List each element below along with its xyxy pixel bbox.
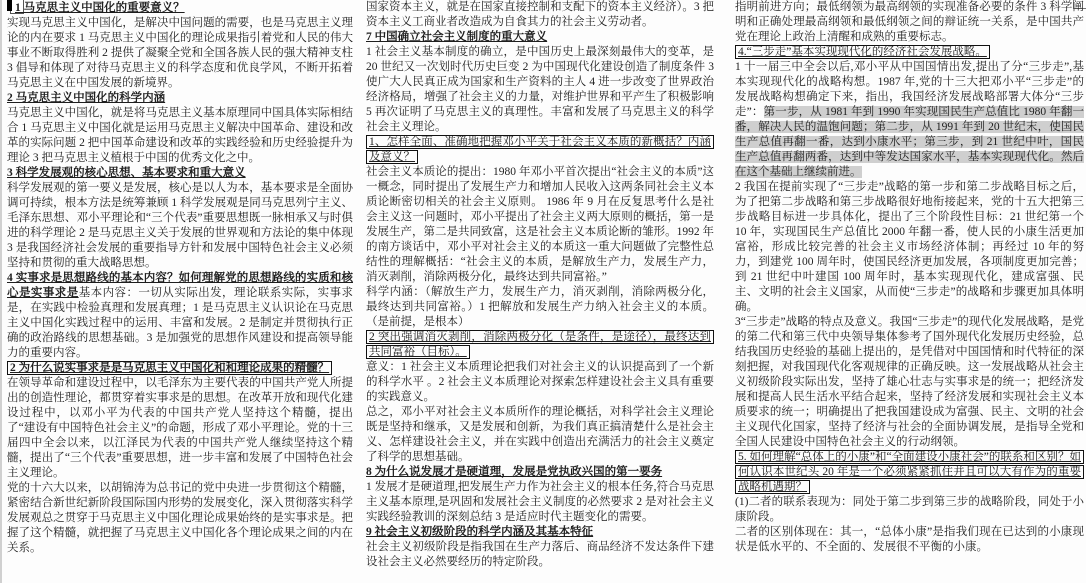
answer-paragraph-with-highlight: 1 十一届三中全会以后,邓小平从中国国情出发,提出了分“三步走”,基本实现现代化…: [735, 60, 1084, 180]
continuation-paragraph: 指明前进方向；最低纲领为最高纲领的实现准备必要的条件 3 科学阐明和正确处理最高…: [735, 0, 1084, 45]
question-heading: 8 为什么说发展才是硬道理，发展是党执政兴国的第一要务: [366, 465, 714, 480]
question-heading-with-runin: 4 实事求是思想路线的基本内容？如何理解党的思想路线的实质和核心是实事求是基本内…: [7, 271, 353, 361]
answer-paragraph: 科学发展观的第一要义是发展，核心是以人为本，基本要求是全面协调可持续，根本方法是…: [7, 181, 353, 271]
question-heading: 9 社会主义初级阶段的科学内涵及其基本特征: [366, 525, 714, 540]
column-2: 国家资本主义，就是在国家直接控制和支配下的资本主义经济）。3 把资本主义工商业者…: [366, 0, 714, 583]
answer-paragraph: 马克思主义中国化，就是将马克思主义基本原理同中国具体实际相结合 1 马克思主义中…: [7, 106, 353, 166]
answer-paragraph: 1 发展才是硬道理,把发展生产力作为社会主义的根本任务,符合马克思主义基本原理,…: [366, 480, 714, 525]
continuation-paragraph: 国家资本主义，就是在国家直接控制和支配下的资本主义经济）。3 把资本主义工商业者…: [366, 0, 714, 30]
boxed-point: 2 突出强调消灭剥削，消除两极分化（是条件，是途径），最终达到共同富裕（目标）。: [366, 330, 714, 360]
answer-paragraph: 实现马克思主义中国化，是解决中国问题的需要，也是马克思主义理论的内在要求 1 马…: [7, 16, 353, 91]
boxed-question-heading: 1、怎样全面、准确地把握邓小平关于社会主义本质的新概括？内涵及意义？: [366, 135, 714, 165]
column-1: 1 马克思主义中国化的重要意义？实现马克思主义中国化，是解决中国问题的需要，也是…: [7, 0, 353, 583]
question-heading: 2 马克思主义中国化的科学内涵: [7, 91, 353, 106]
answer-paragraph: 1 社会主义基本制度的确立，是中国历史上最深刻最伟大的变革，是 20 世纪又一次…: [366, 45, 714, 135]
scan-edge-shadow: [0, 0, 2, 583]
answer-paragraph: 3“三步走”战略的特点及意义。我国“三步走”的现代化发展战略，是党的第二代和第三…: [735, 315, 1084, 450]
column-3: 指明前进方向；最低纲领为最高纲领的实现准备必要的条件 3 科学阐明和正确处理最高…: [735, 0, 1084, 583]
question-heading: 3 科学发展观的核心思想、基本要求和重大意义: [7, 166, 353, 181]
answer-paragraph: 总之，邓小平对社会主义本质所作的理论概括，对科学社会主义理论既是坚持和继承，又是…: [366, 405, 714, 465]
question-heading: 7 中国确立社会主义制度的重大意义: [366, 30, 714, 45]
answer-paragraph-clipped: 二者的区别体现在：其一，“总体小康”是指我们现在已达到的小康现状是低水平的、不全…: [735, 525, 1084, 555]
question-heading: 1 马克思主义中国化的重要意义？: [7, 0, 353, 16]
answer-paragraph: 党的十六大以来，以胡锦涛为总书记的党中央进一步贯彻这个精髓，紧密结合新世纪新阶段…: [7, 481, 353, 556]
answer-paragraph: 科学内涵：（解放生产力，发展生产力，消灭剥削，消除两极分化，最终达到共同富裕。）…: [366, 285, 714, 330]
boxed-question-heading: 4.“三步走”基本实现现代化的经济社会发展战略。: [735, 45, 1084, 60]
cursor-bar-artifact: [7, 0, 12, 11]
answer-paragraph: (1)二者的联系表现为：同处于第二步到第三步的战略阶段，同处于小康阶段。: [735, 495, 1084, 525]
answer-paragraph-clipped: 社会主义初级阶段是指我国在生产力落后、商品经济不发达条件下建设社会主义必然要经历…: [366, 540, 714, 570]
answer-paragraph: 社会主义本质论的提出：1980 年邓小平首次提出“社会主义的本质”这一概念，同时…: [366, 165, 714, 285]
boxed-question-heading: 5. 如何理解“总体上的小康”和“全面建设小康社会”的联系和区别？如何认识本世纪…: [735, 450, 1084, 495]
answer-paragraph: 在领导革命和建设过程中，以毛泽东为主要代表的中国共产党人所提出的创造性理论，都贯…: [7, 376, 353, 481]
answer-paragraph: 意义：1 社会主义本质理论把我们对社会主义的认识提高到了一个新的科学水平 。2 …: [366, 360, 714, 405]
boxed-question-heading: 2 为什么说实事求是是马克思主义中国化和和理论成果的精髓？: [7, 361, 353, 376]
answer-paragraph: 2 我国在提前实现了“三步走”战略的第一步和第二步战略目标之后，为了把第二步战略…: [735, 180, 1084, 315]
